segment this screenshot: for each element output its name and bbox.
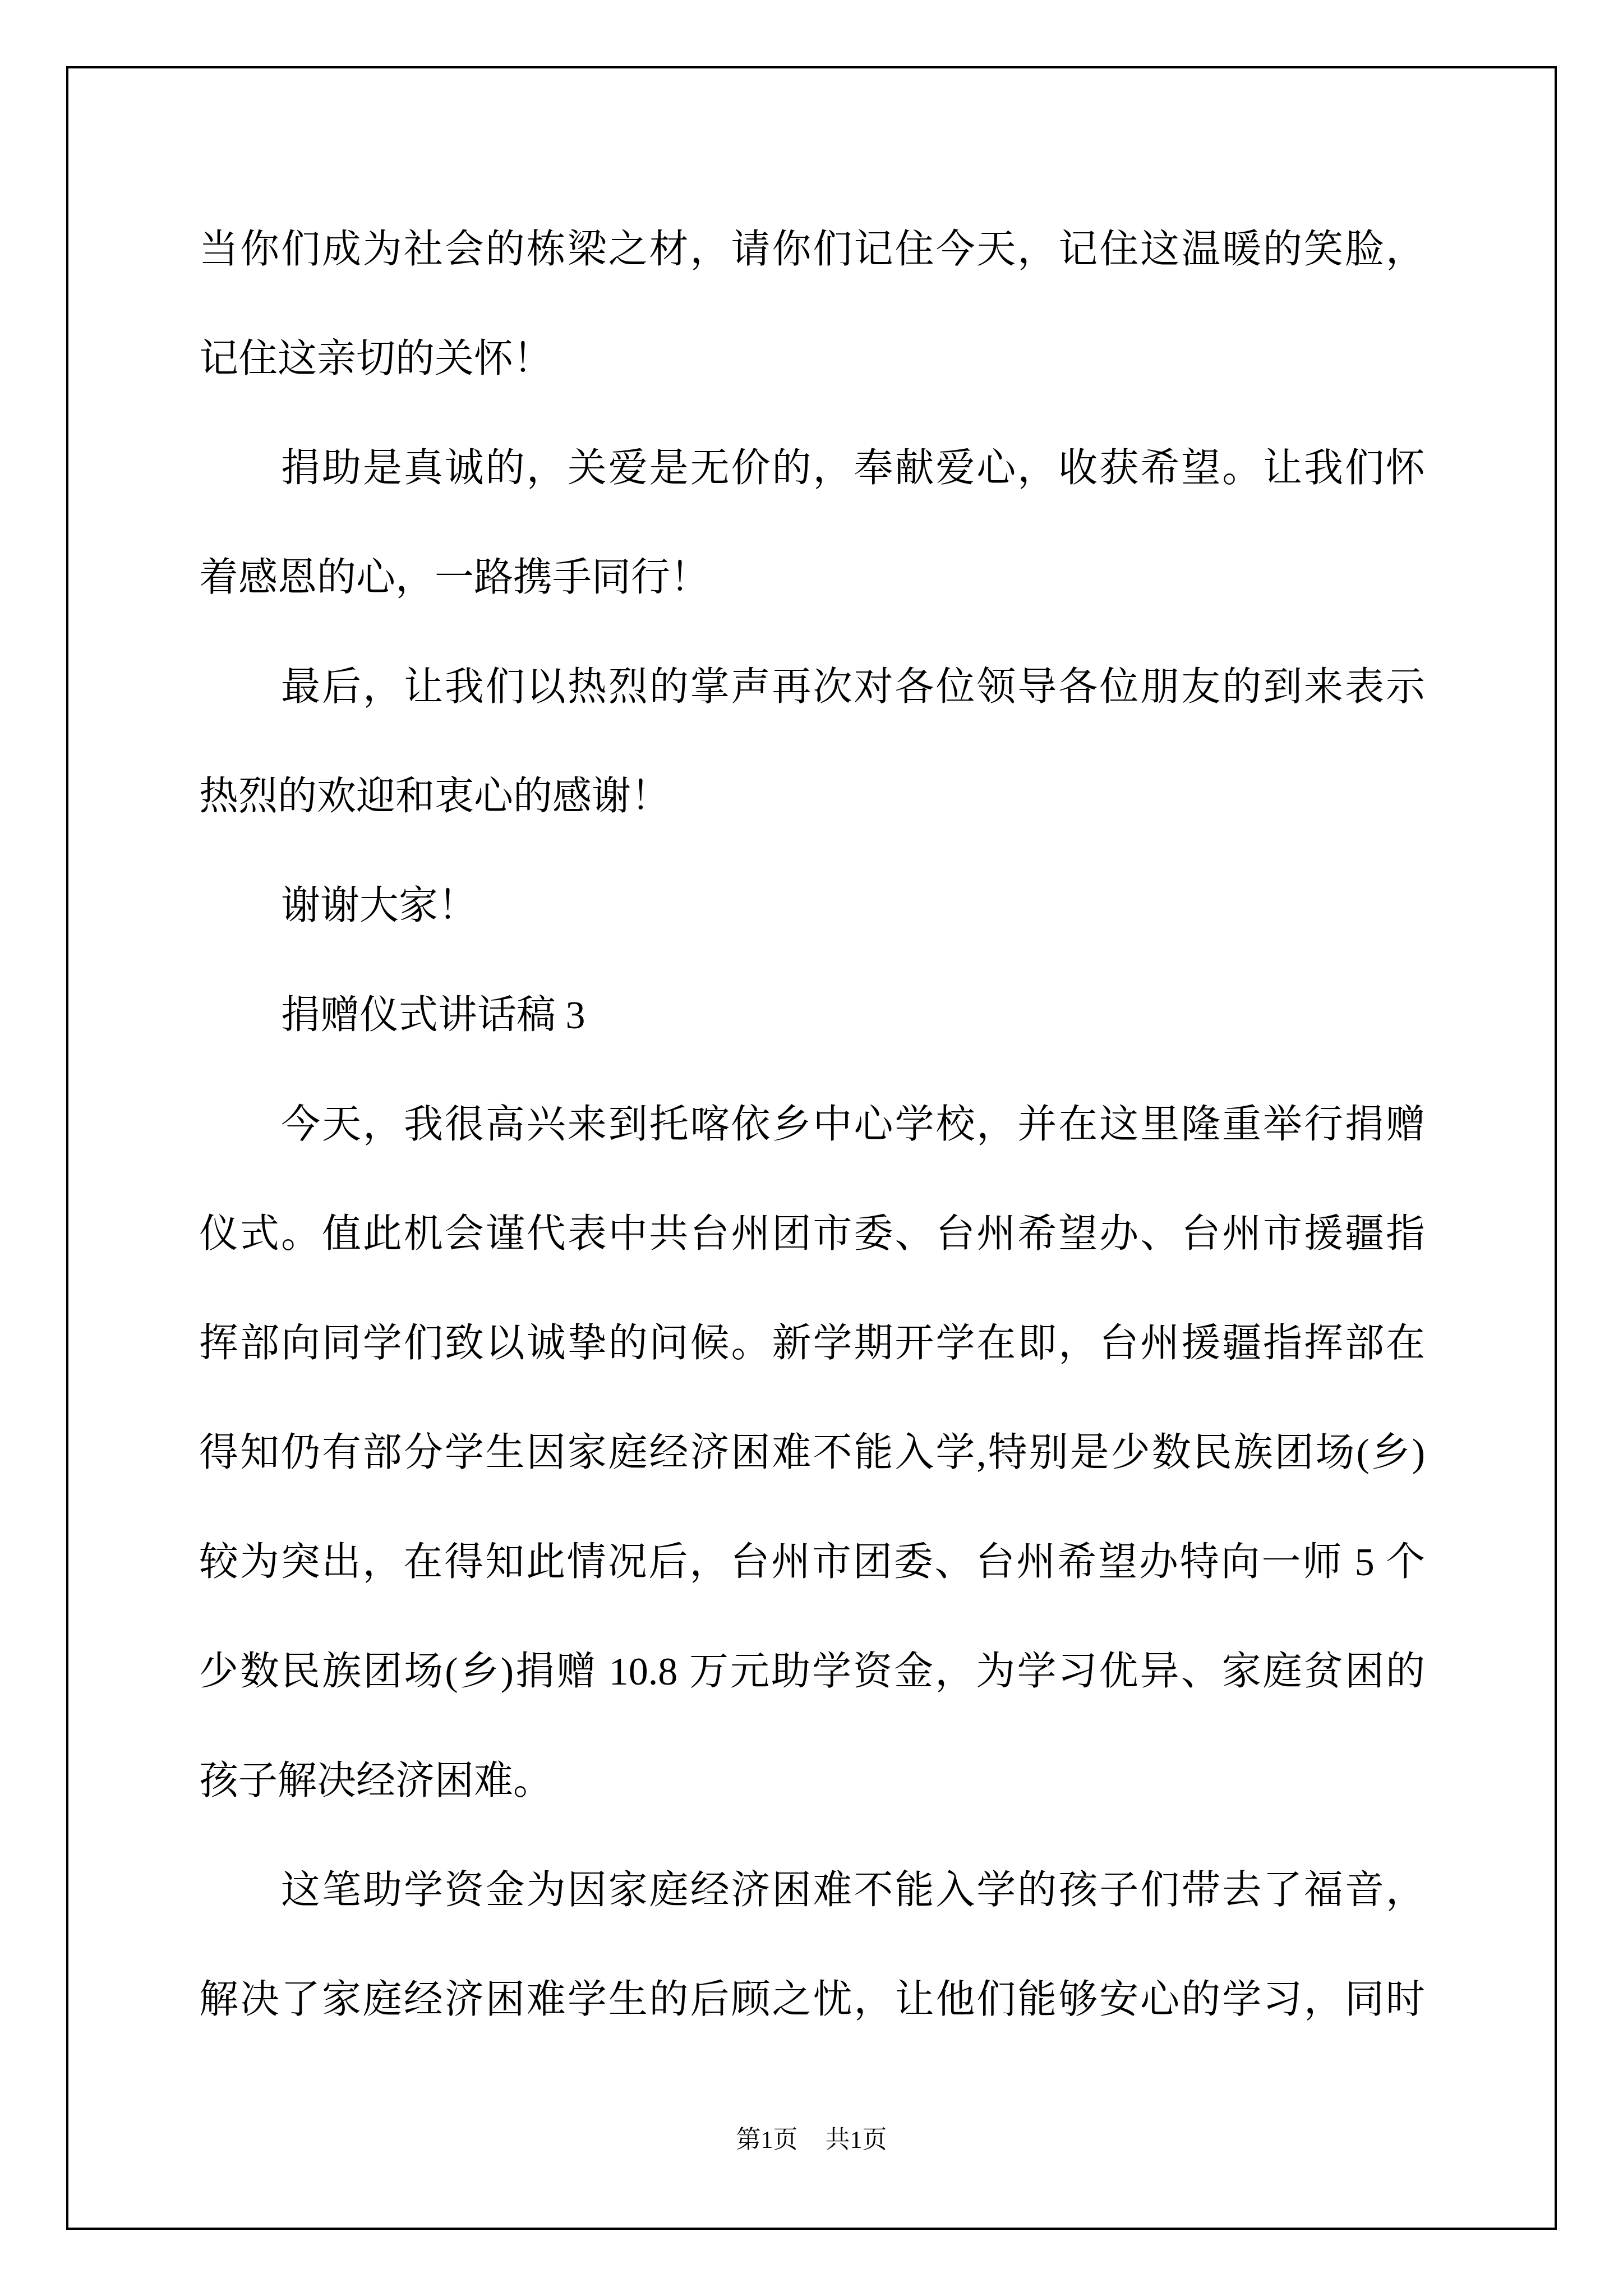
- paragraph-section-title: 捐赠仪式讲话稿 3: [199, 961, 1425, 1070]
- paragraph: 最后，让我们以热烈的掌声再次对各位领导各位朋友的到来表示 热烈的欢迎和衷心的感谢…: [199, 633, 1425, 852]
- text-line: 得知仍有部分学生因家庭经济困难不能入学,特别是少数民族团场(乡): [199, 1398, 1425, 1508]
- paragraph: 这笔助学资金为因家庭经济困难不能入学的孩子们带去了福音， 解决了家庭经济困难学生…: [199, 1836, 1425, 2055]
- text-line: 孩子解决经济困难。: [199, 1727, 1425, 1836]
- text-line: 谢谢大家！: [199, 852, 1425, 961]
- text-line: 仪式。值此机会谨代表中共台州团市委、台州希望办、台州市援疆指: [199, 1180, 1425, 1289]
- text-line: 解决了家庭经济困难学生的后顾之忧，让他们能够安心的学习，同时: [199, 1945, 1425, 2055]
- text-line: 这笔助学资金为因家庭经济困难不能入学的孩子们带去了福音，: [199, 1836, 1425, 1945]
- text-line: 少数民族团场(乡)捐赠 10.8 万元助学资金，为学习优异、家庭贫困的: [199, 1617, 1425, 1727]
- page-number-text: 第1页 共1页: [736, 2126, 887, 2154]
- text-line: 挥部向同学们致以诚挚的问候。新学期开学在即，台州援疆指挥部在: [199, 1289, 1425, 1398]
- text-line: 今天，我很高兴来到托喀依乡中心学校，并在这里隆重举行捐赠: [199, 1070, 1425, 1180]
- text-line: 较为突出，在得知此情况后，台州市团委、台州希望办特向一师 5 个: [199, 1508, 1425, 1617]
- paragraph-thanks: 谢谢大家！: [199, 852, 1425, 961]
- document-body: 当你们成为社会的栋梁之材，请你们记住今天，记住这温暖的笑脸， 记住这亲切的关怀！…: [199, 195, 1425, 2055]
- paragraph-continuation: 当你们成为社会的栋梁之材，请你们记住今天，记住这温暖的笑脸， 记住这亲切的关怀！: [199, 195, 1425, 414]
- text-line: 捐助是真诚的，关爱是无价的，奉献爱心，收获希望。让我们怀: [199, 414, 1425, 523]
- text-line: 着感恩的心，一路携手同行！: [199, 523, 1425, 633]
- paragraph: 捐助是真诚的，关爱是无价的，奉献爱心，收获希望。让我们怀 着感恩的心，一路携手同…: [199, 414, 1425, 633]
- page-footer: 第1页 共1页: [0, 2122, 1623, 2159]
- text-line: 最后，让我们以热烈的掌声再次对各位领导各位朋友的到来表示: [199, 633, 1425, 742]
- text-line: 捐赠仪式讲话稿 3: [199, 961, 1425, 1070]
- text-line: 当你们成为社会的栋梁之材，请你们记住今天，记住这温暖的笑脸，: [199, 195, 1425, 305]
- paragraph: 今天，我很高兴来到托喀依乡中心学校，并在这里隆重举行捐赠 仪式。值此机会谨代表中…: [199, 1070, 1425, 1836]
- text-line: 热烈的欢迎和衷心的感谢！: [199, 742, 1425, 852]
- text-line: 记住这亲切的关怀！: [199, 305, 1425, 414]
